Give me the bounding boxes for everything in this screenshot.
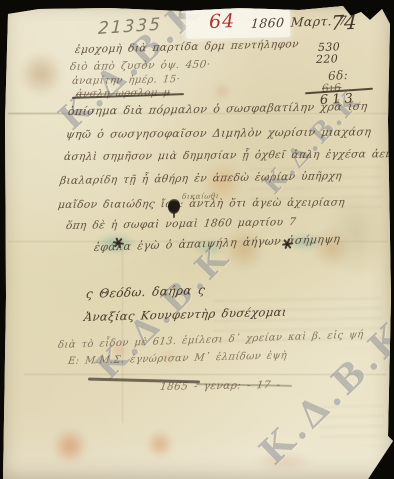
scanned-document: Κ.Δ.Β.Κ Κ.Δ.Β.Κ Κ.Δ.Β.Κ Κ.Δ.Β.Κ 21335 64… — [0, 0, 394, 479]
paper-stain — [146, 430, 174, 458]
paper-sheet: Κ.Δ.Β.Κ Κ.Δ.Β.Κ Κ.Δ.Β.Κ Κ.Δ.Β.Κ 21335 64… — [0, 0, 394, 479]
paper-stain — [214, 82, 230, 100]
manuscript-line: ἐμοχομὴ διὰ παρτίδα δρμ πεντήληφον — [74, 38, 299, 56]
manuscript-line: ὅπη δὲ ἡ σωφαὶ νομαὶ 1860 μαρτίου 7 — [65, 216, 297, 232]
ledger-value: 220 — [316, 52, 339, 66]
inserted-word: δικαίωθι — [182, 191, 220, 201]
paper-stain — [52, 428, 88, 464]
paper-stain — [18, 52, 64, 96]
closing-date: 1865 - γεναρ: - 17 - — [159, 379, 281, 393]
manuscript-line: ἀναμίτην ἡμέρ. 15· — [71, 74, 180, 87]
manuscript-line: ψηῶ ὁ σωσγησοφαῖσον Διμηλὸν χωρίσιν μιαχ… — [65, 125, 372, 141]
manuscript-line: διὸ ἀπὸ ζυσὸν ὀψ. 450· — [69, 59, 211, 73]
page-number: 74 — [330, 10, 357, 35]
ink-blot — [168, 199, 180, 214]
catalog-number-red: 64 — [209, 10, 236, 33]
